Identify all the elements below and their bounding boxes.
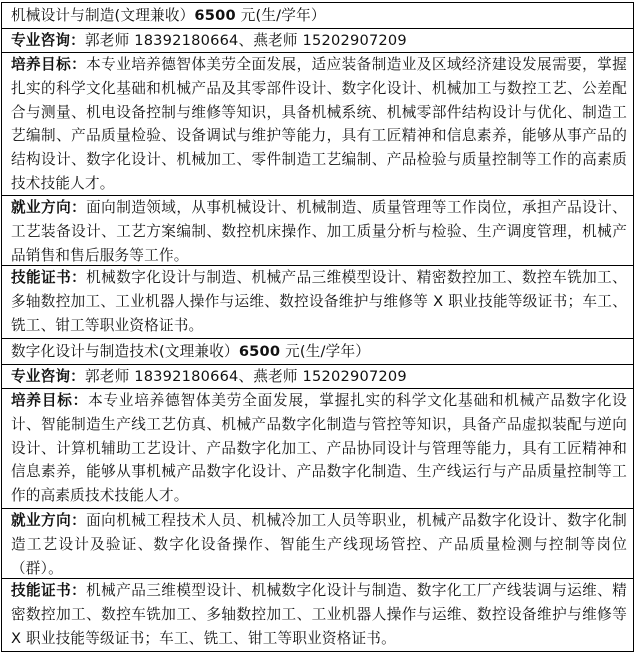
consult-value: 郭老师 18392180664、燕老师 15202907209 (85, 368, 407, 385)
program-fee: 6500 (194, 7, 235, 24)
certs-label: 技能证书： (11, 582, 86, 599)
program-title-row: 机械设计与制造(文理兼收）6500 元(生/学年） (2, 3, 633, 29)
goal-value: 本专业培养德智体美劳全面发展，掌握扎实的科学文化基础和机械产品数字化设计、智能制… (11, 392, 627, 504)
goal-value: 本专业培养德智体美劳全面发展，适应装备制造业及区域经济建设发展需要，掌握扎实的科… (11, 56, 627, 192)
consult-row: 专业咨询：郭老师 18392180664、燕老师 15202907209 (2, 365, 633, 389)
certs-value: 机械产品三维模型设计、机械数字化设计与制造、数字化工厂产线装调与运维、精密数控加… (11, 582, 627, 647)
goal-row: 培养目标：本专业培养德智体美劳全面发展，掌握扎实的科学文化基础和机械产品数字化设… (2, 389, 633, 509)
program-fee-unit: 元(生/学年） (285, 343, 370, 360)
program-name: 数字化设计与制造技术(文理兼收） (11, 343, 239, 360)
jobs-row: 就业方向：面向制造领域，从事机械设计、机械制造、质量管理等工作岗位，承担产品设计… (2, 196, 633, 266)
certs-row: 技能证书：机械数字化设计与制造、机械产品三维模型设计、精密数控加工、数控车铣加工… (2, 266, 633, 339)
jobs-label: 就业方向： (11, 199, 86, 216)
jobs-value: 面向制造领域，从事机械设计、机械制造、质量管理等工作岗位，承担产品设计、工艺装备… (11, 199, 627, 264)
goal-row: 培养目标：本专业培养德智体美劳全面发展，适应装备制造业及区域经济建设发展需要，掌… (2, 53, 633, 196)
jobs-value: 面向机械工程技术人员、机械冷加工人员等职业，机械产品数字化设计、数字化制造工艺设… (11, 512, 627, 577)
consult-label: 专业咨询： (11, 32, 85, 49)
program-fee: 6500 (239, 343, 280, 360)
certs-value: 机械数字化设计与制造、机械产品三维模型设计、精密数控加工、数控车铣加工、多轴数控… (11, 269, 627, 334)
program-name: 机械设计与制造(文理兼收） (11, 7, 194, 24)
certs-label: 技能证书： (11, 269, 86, 286)
program-table: 机械设计与制造(文理兼收）6500 元(生/学年） 专业咨询：郭老师 18392… (1, 2, 634, 652)
jobs-row: 就业方向：面向机械工程技术人员、机械冷加工人员等职业，机械产品数字化设计、数字化… (2, 509, 633, 579)
goal-label: 培养目标： (11, 392, 88, 409)
consult-value: 郭老师 18392180664、燕老师 15202907209 (85, 32, 407, 49)
program-title-row: 数字化设计与制造技术(文理兼收）6500 元(生/学年） (2, 339, 633, 365)
goal-label: 培养目标： (11, 56, 86, 73)
program-fee-unit: 元(生/学年） (241, 7, 326, 24)
certs-row: 技能证书：机械产品三维模型设计、机械数字化设计与制造、数字化工厂产线装调与运维、… (2, 579, 633, 652)
jobs-label: 就业方向： (11, 512, 86, 529)
consult-label: 专业咨询： (11, 368, 85, 385)
consult-row: 专业咨询：郭老师 18392180664、燕老师 15202907209 (2, 29, 633, 53)
